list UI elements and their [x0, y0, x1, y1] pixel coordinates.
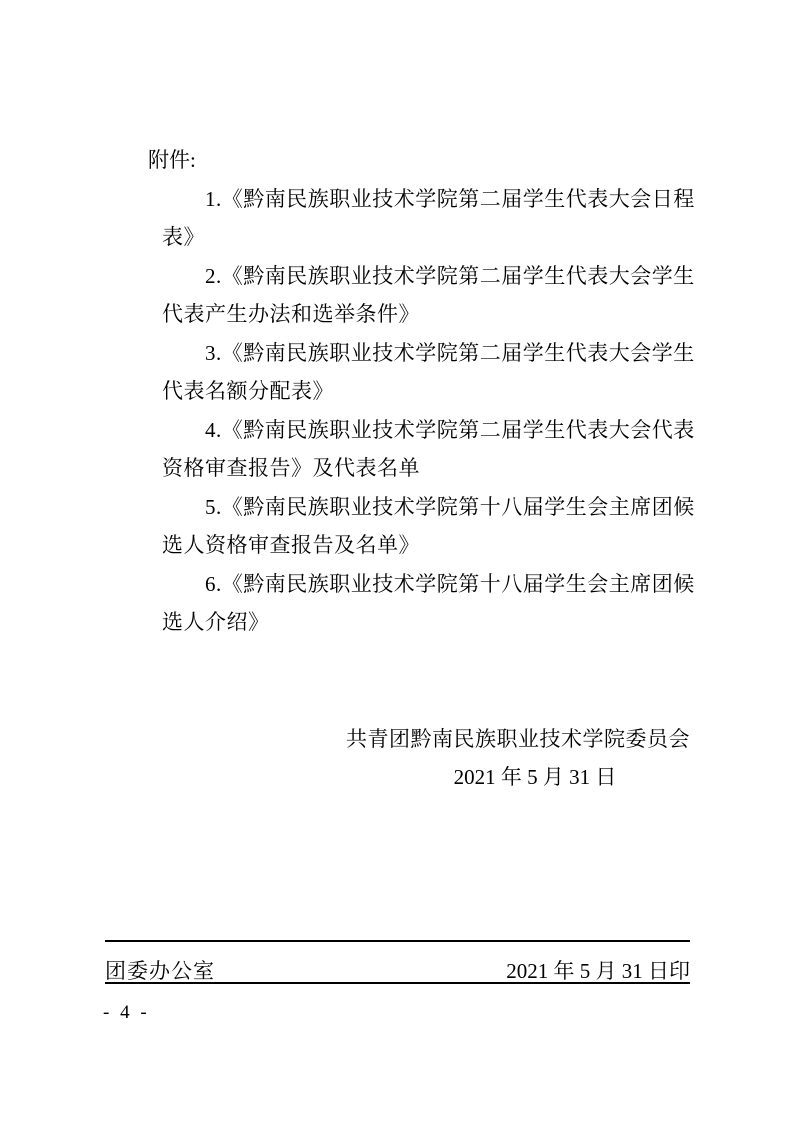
- attachment-item-3-line-1: 3.《黔南民族职业技术学院第二届学生代表大会学生: [0, 334, 793, 373]
- attachment-item-2-line-1: 2.《黔南民族职业技术学院第二届学生代表大会学生: [0, 257, 793, 296]
- attachment-item-6-line-2: 选人介绍》: [0, 603, 793, 642]
- attachment-item-1-line-2: 表》: [0, 218, 793, 257]
- colophon-bottom-rule: [105, 982, 690, 984]
- attachment-item-2-line-2: 代表产生办法和选举条件》: [0, 295, 793, 334]
- attachment-item-5-line-1: 5.《黔南民族职业技术学院第十八届学生会主席团候: [0, 488, 793, 527]
- colophon-office: 团委办公室: [105, 959, 215, 983]
- attachment-item-4-line-1: 4.《黔南民族职业技术学院第二届学生代表大会代表: [0, 411, 793, 450]
- signature-date: 2021 年 5 月 31 日: [380, 758, 690, 797]
- attachments-label: 附件:: [0, 141, 793, 180]
- colophon-print-date: 2021 年 5 月 31 日印: [506, 959, 690, 983]
- page-number: - 4 -: [103, 1002, 150, 1024]
- attachment-list: 附件: 1.《黔南民族职业技术学院第二届学生代表大会日程 表》 2.《黔南民族职…: [0, 141, 793, 642]
- attachment-item-4-line-2: 资格审查报告》及代表名单: [0, 449, 793, 488]
- attachment-item-3-line-2: 代表名额分配表》: [0, 372, 793, 411]
- attachment-item-6-line-1: 6.《黔南民族职业技术学院第十八届学生会主席团候: [0, 565, 793, 604]
- attachment-item-1-line-1: 1.《黔南民族职业技术学院第二届学生代表大会日程: [0, 180, 793, 219]
- attachment-item-5-line-2: 选人资格审查报告及名单》: [0, 526, 793, 565]
- colophon-top-rule: [105, 940, 690, 942]
- signature-organization: 共青团黔南民族职业技术学院委员会: [346, 720, 690, 759]
- document-page: 附件: 1.《黔南民族职业技术学院第二届学生代表大会日程 表》 2.《黔南民族职…: [0, 0, 793, 1122]
